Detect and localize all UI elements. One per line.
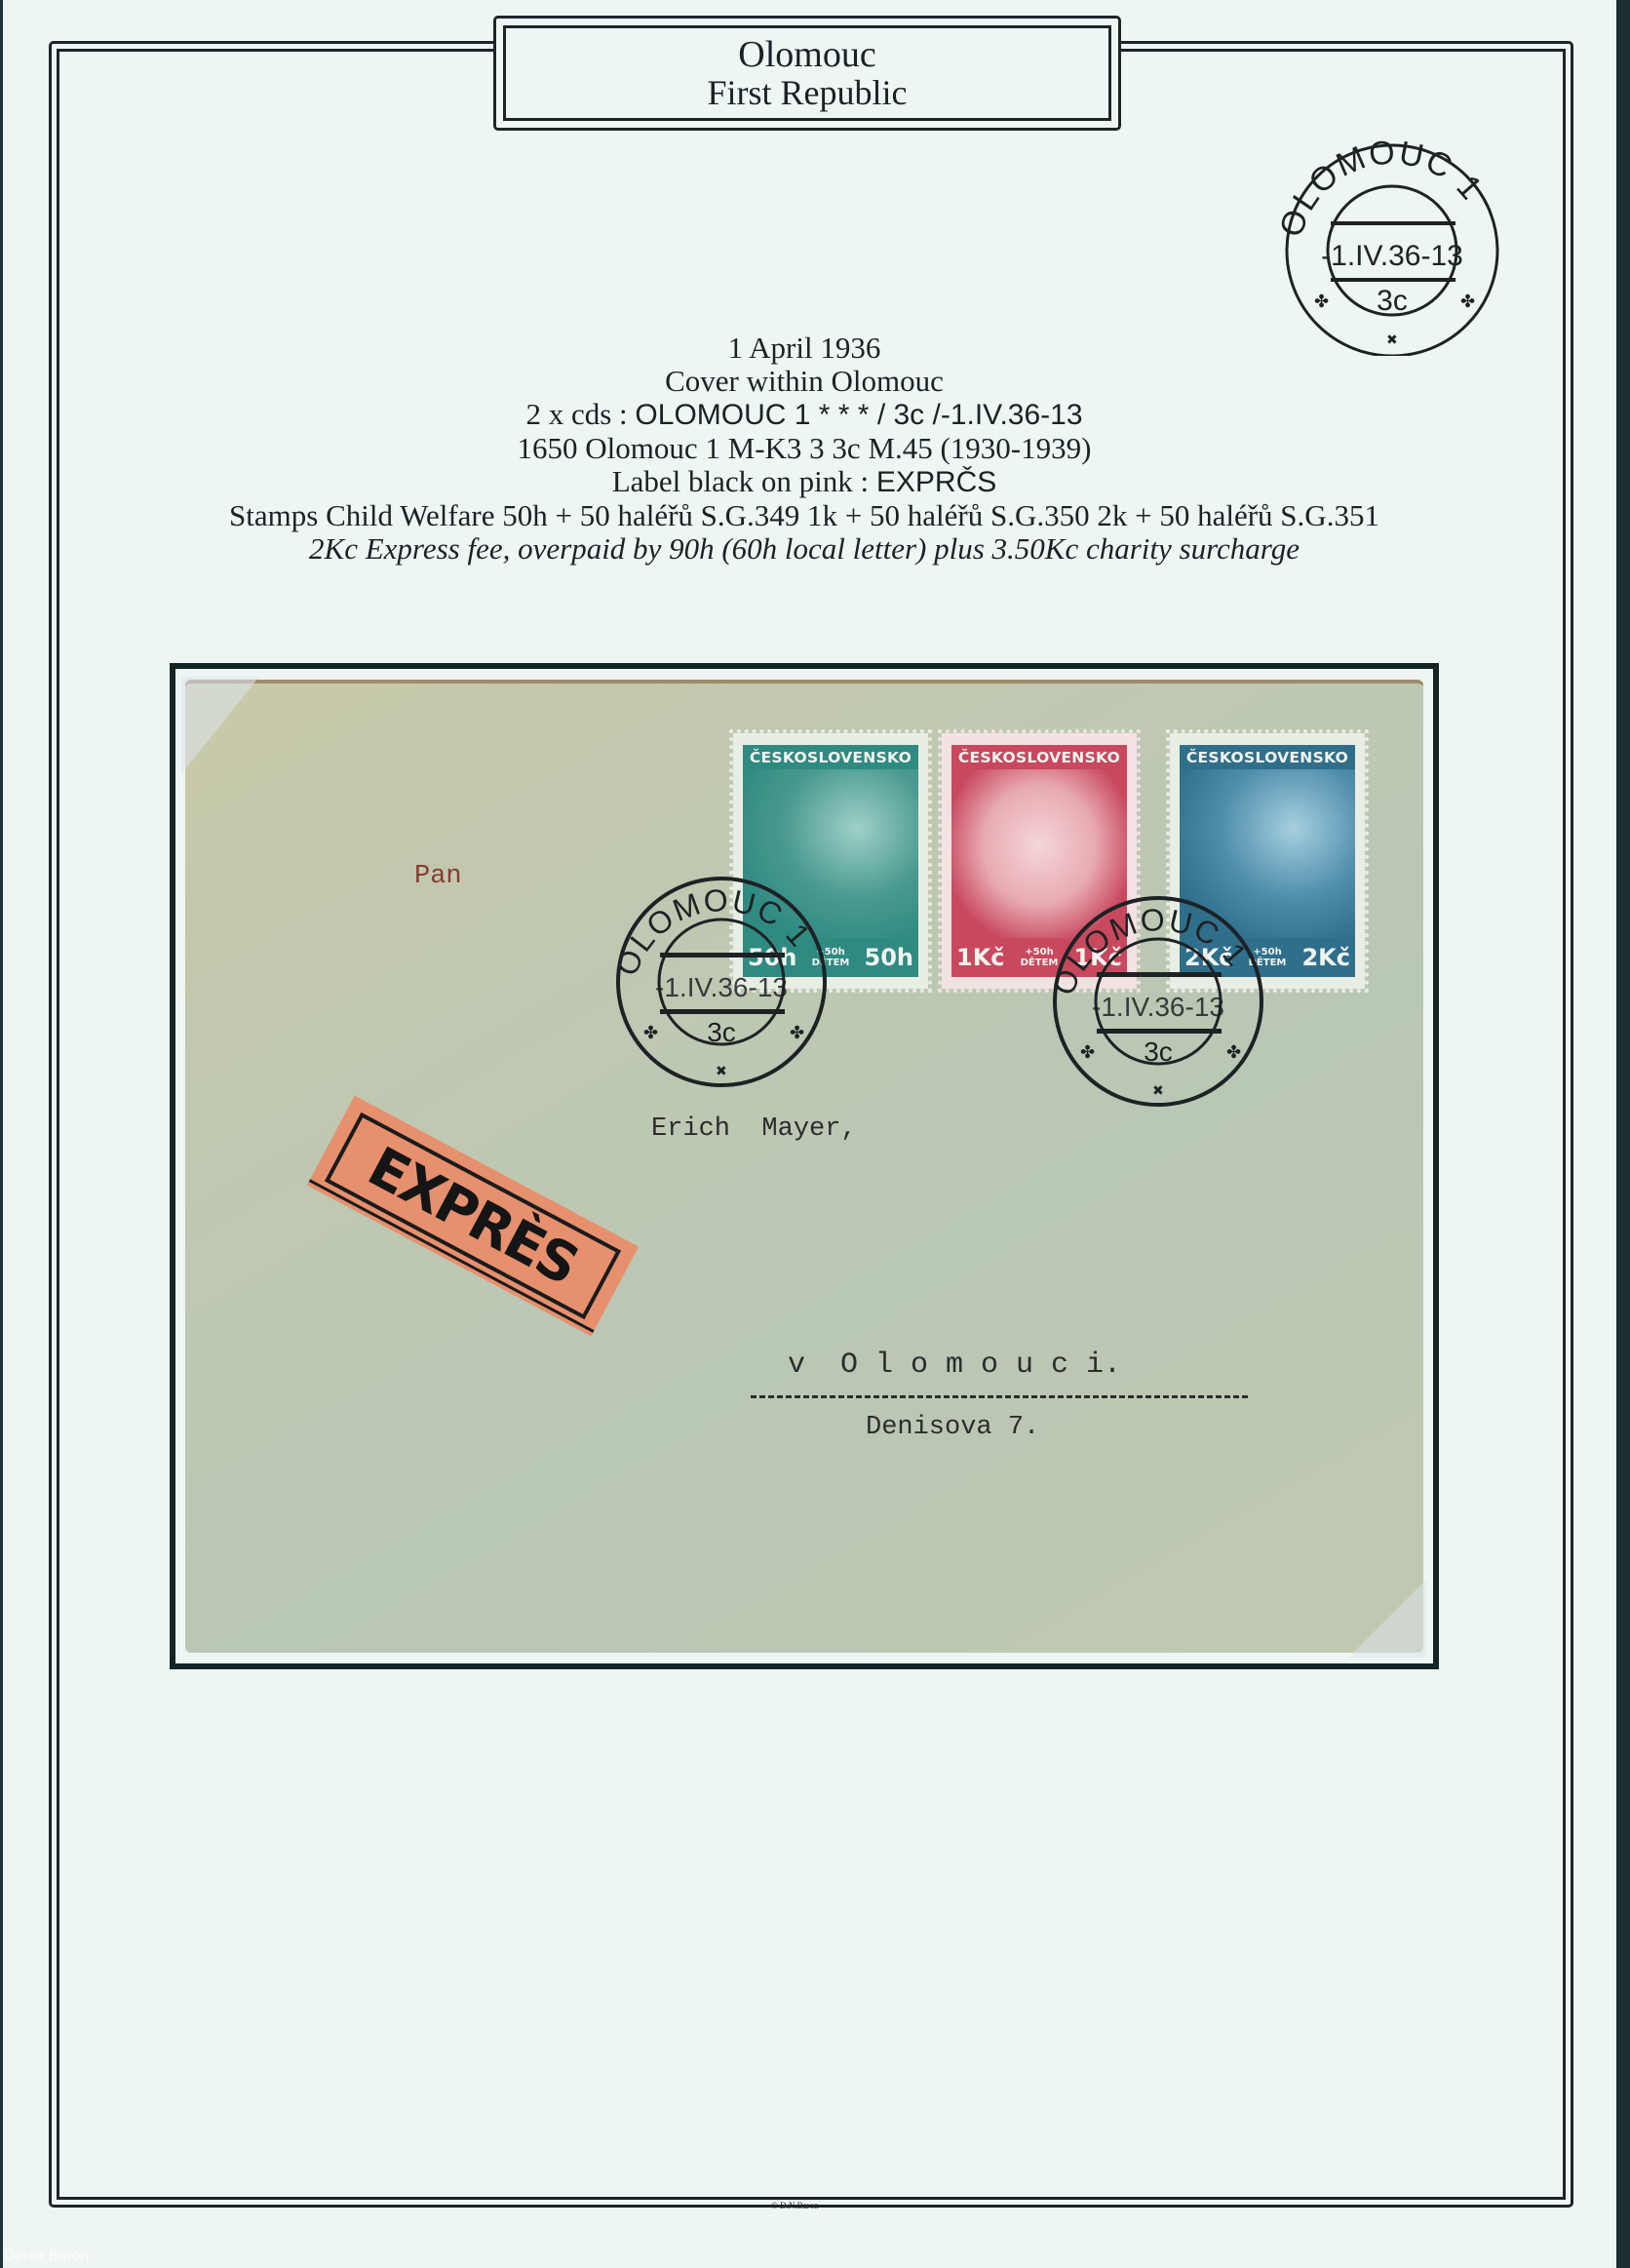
scan-edge-left (0, 0, 3, 2268)
cds-text: OLOMOUC 1 * * * / 3c /-1.IV.36-13 (635, 399, 1082, 431)
svg-text:✤: ✤ (643, 1023, 658, 1042)
header-postmark-icon: OLOMOUC 1 -1.IV.36-13 3c ✤ ✤ ✖ (1261, 132, 1524, 356)
svg-text:-1.IV.36-13: -1.IV.36-13 (1092, 992, 1224, 1022)
description-block: 1 April 1936 Cover within Olomouc 2 x cd… (58, 332, 1550, 566)
svg-text:✤: ✤ (1080, 1042, 1095, 1062)
rate-note: 2Kc Express fee, overpaid by 90h (60h lo… (58, 532, 1550, 566)
title-box: Olomouc First Republic (493, 16, 1121, 131)
svg-text:✖: ✖ (716, 1065, 727, 1079)
copyright: © D.N.Baron (771, 2201, 819, 2210)
svg-text:✤: ✤ (1460, 292, 1475, 311)
header-postmark-office: 3c (1377, 285, 1408, 317)
label-line: Label black on pink : EXPRČS (58, 465, 1550, 499)
scan-edge-right (1616, 0, 1630, 2268)
svg-text:✤: ✤ (790, 1023, 804, 1042)
svg-text:3c: 3c (707, 1017, 736, 1047)
address-name: Erich Mayer, (651, 1114, 857, 1144)
cover-postmark-right-icon: OLOMOUC 1 -1.IV.36-13 3c ✤ ✤ ✖ (1027, 882, 1290, 1112)
svg-text:3c: 3c (1144, 1036, 1173, 1067)
address-underline (751, 1395, 1248, 1398)
label-text: EXPRČS (876, 466, 996, 498)
svg-text:-1.IV.36-13: -1.IV.36-13 (655, 972, 788, 1002)
cds-line: 2 x cds : OLOMOUC 1 * * * / 3c /-1.IV.36… (58, 398, 1550, 432)
watermark: Derek Baron (4, 2248, 89, 2264)
svg-text:✖: ✖ (1152, 1084, 1164, 1099)
header-postmark-date: -1.IV.36-13 (1321, 240, 1463, 272)
page-title: Olomouc (738, 35, 875, 74)
svg-text:✤: ✤ (1226, 1042, 1241, 1062)
address-salutation: Pan (414, 862, 462, 891)
address-street: Denisova 7. (866, 1413, 1039, 1442)
svg-text:OLOMOUC 1: OLOMOUC 1 (1045, 902, 1255, 1000)
cover-postmark-left-icon: OLOMOUC 1 -1.IV.36-13 3c ✤ ✤ ✖ (590, 863, 853, 1092)
stamps-line: Stamps Child Welfare 50h + 50 haléřů S.G… (58, 499, 1550, 532)
svg-text:OLOMOUC 1: OLOMOUC 1 (608, 882, 818, 981)
cover-date: 1 April 1936 (58, 332, 1550, 365)
page-subtitle: First Republic (708, 74, 908, 111)
svg-text:✤: ✤ (1314, 292, 1329, 311)
address-city: v O l o m o u c i. (788, 1349, 1121, 1382)
cover-summary: Cover within Olomouc (58, 365, 1550, 398)
catalogue-line: 1650 Olomouc 1 M-K3 3 3c M.45 (1930-1939… (58, 432, 1550, 465)
